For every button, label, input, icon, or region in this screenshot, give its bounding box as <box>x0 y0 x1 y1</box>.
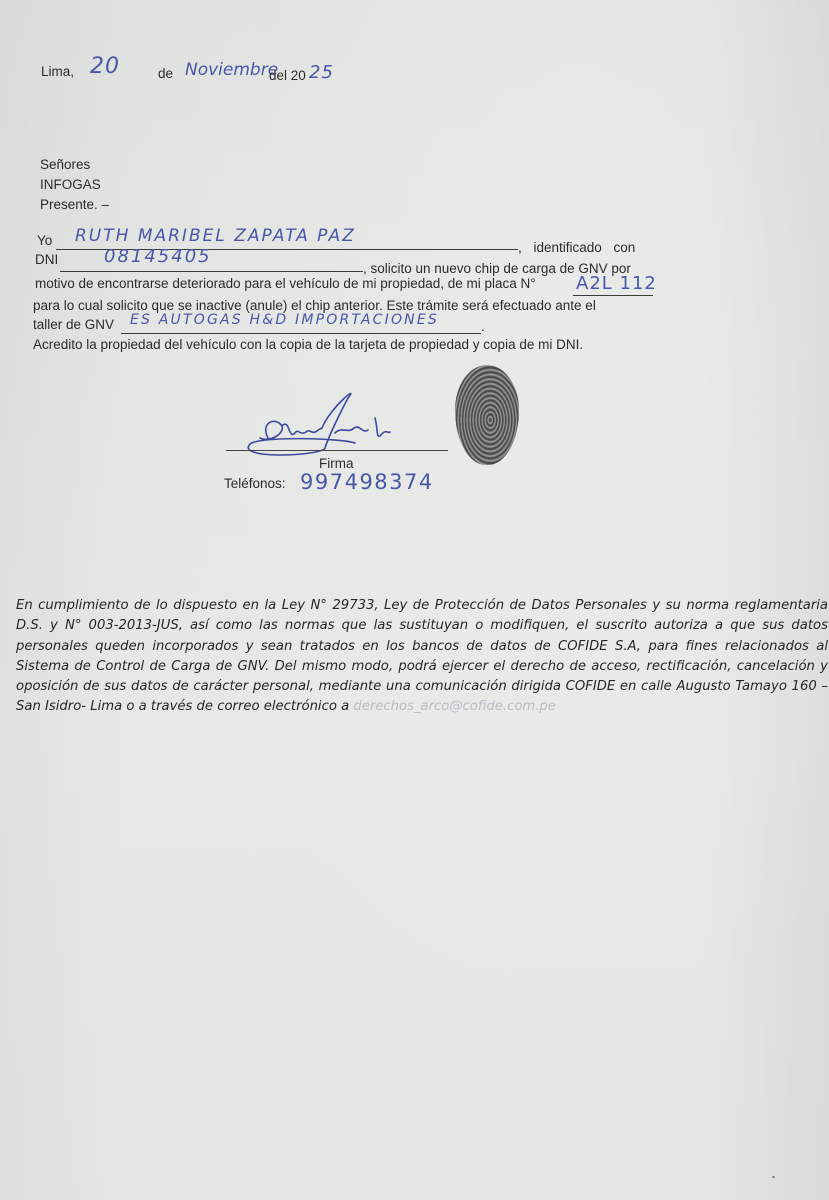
dni-value[interactable]: 08145405 <box>104 246 212 267</box>
recipient-line-1: Señores <box>40 155 109 175</box>
paper-speck <box>772 1176 775 1178</box>
signature-scrawl <box>230 378 430 458</box>
data-protection-notice: En cumplimiento de lo dispuesto en la Le… <box>16 596 828 718</box>
placa-underline <box>573 295 653 296</box>
telefono-value[interactable]: 997498374 <box>300 470 434 494</box>
placa-value[interactable]: A2L 112 <box>576 273 657 294</box>
year-suffix: 25 <box>309 62 334 83</box>
legal-text: En cumplimiento de lo dispuesto en la Le… <box>16 598 828 714</box>
name-value[interactable]: RUTH MARIBEL ZAPATA PAZ <box>75 226 356 246</box>
city-label: Lima, <box>41 64 74 79</box>
telefonos-label: Teléfonos: <box>224 476 286 491</box>
signature-line <box>226 450 448 451</box>
dni-underline <box>60 271 363 272</box>
firma-label: Firma <box>319 456 354 471</box>
date-month: Noviembre <box>185 60 278 80</box>
acredito-text: Acredito la propiedad del vehículo con l… <box>33 337 583 352</box>
taller-label: taller de GNV <box>33 317 114 332</box>
legal-email-link[interactable]: derechos_arco@cofide.com.pe <box>353 699 556 714</box>
taller-underline <box>121 333 481 334</box>
date-day: 20 <box>90 54 120 79</box>
yo-label: Yo <box>37 233 52 248</box>
motivo-text: motivo de encontrarse deteriorado para e… <box>35 276 536 291</box>
inactive-text: para lo cual solicito que se inactive (a… <box>33 298 596 313</box>
taller-end: . <box>481 319 485 334</box>
recipient-line-3: Presente. – <box>40 195 109 215</box>
recipient-line-2: INFOGAS <box>40 175 109 195</box>
fingerprint-icon <box>455 365 519 465</box>
identificado-text: , identificado con <box>518 240 635 255</box>
year-label: del 20 <box>269 68 306 83</box>
recipient-block: Señores INFOGAS Presente. – <box>40 155 109 215</box>
de-label: de <box>158 66 173 81</box>
dni-label: DNI <box>35 252 58 267</box>
taller-value[interactable]: ES AUTOGAS H&D IMPORTACIONES <box>130 312 439 328</box>
